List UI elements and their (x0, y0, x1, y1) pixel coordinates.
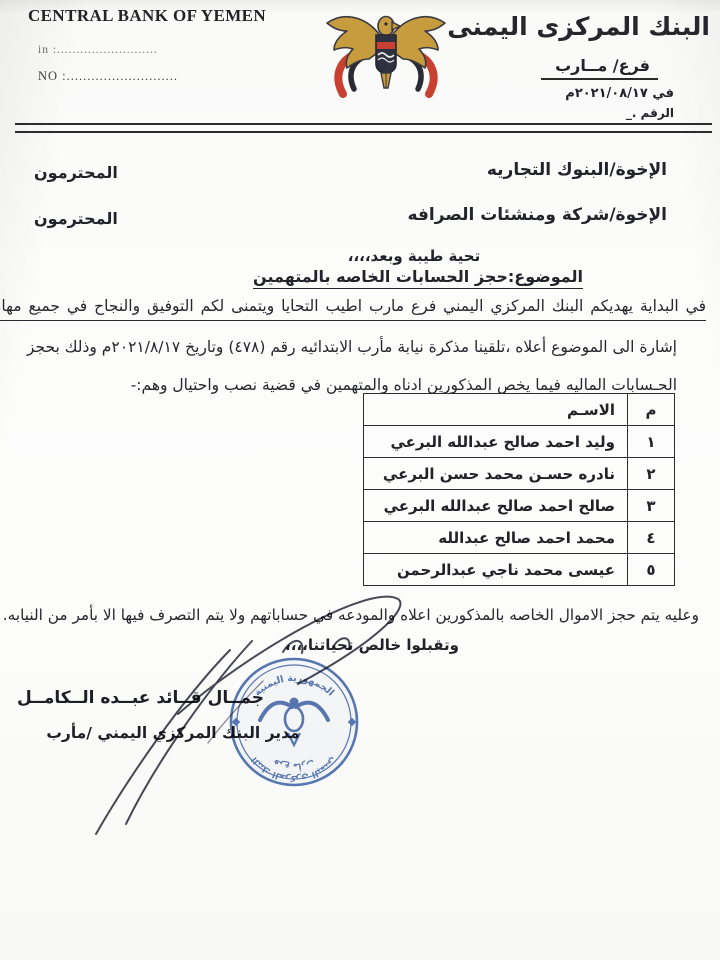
row-2-number: ٢ (628, 458, 675, 490)
subject-text: الموضوع:حجز الحسابات الخاصه بالمتهمين (253, 267, 583, 289)
no-dots: ........................... (67, 69, 178, 83)
table-row: ٥ عيسى محمد ناجي عبدالرحمن (364, 554, 675, 586)
reference-field-in: in :.......................... (38, 44, 158, 56)
row-5-number: ٥ (628, 554, 675, 586)
table-row: ٤ محمد احمد صالح عبدالله (364, 522, 675, 554)
recipient-banks: الإخوة/البنوك التجاريه (487, 160, 667, 180)
bank-title-english: CENTRAL BANK OF YEMEN (28, 6, 266, 26)
body-line-3: الحـسابات الماليه فيما يخص المذكورين ادن… (131, 376, 677, 394)
no-label: NO : (38, 69, 67, 83)
honorific-2: المحترمون (34, 209, 118, 228)
yemen-coat-of-arms-icon (320, 2, 452, 116)
body-line-1: في البداية يهديكم البنك المركزي اليمني ف… (0, 297, 706, 315)
recipient-exchange-companies: الإخوة/شركة ومنشئات الصرافه (407, 205, 667, 225)
column-header-name: الاسـم (364, 394, 628, 426)
accused-names-table: م الاسـم ١ وليد احمد صالح عبدالله البرعي… (363, 393, 675, 586)
honorific-1: المحترمون (34, 163, 118, 182)
in-dots: .......................... (57, 44, 158, 56)
body-line-1-text: في البداية يهديكم البنك المركزي اليمني ف… (0, 297, 706, 321)
reference-field-no: NO :........................... (38, 69, 178, 84)
subject-line: الموضوع:حجز الحسابات الخاصه بالمتهمين (0, 267, 720, 286)
handwritten-signature (58, 583, 488, 883)
row-2-name: نادره حسـن محمد حسن البرعي (364, 458, 628, 490)
branch-name: فرع/ مــارب (541, 56, 658, 80)
letter-ref-number: الرقم ._ (626, 106, 674, 120)
bank-logo-arabic: البنك المركزى اليمنى (447, 12, 710, 41)
row-4-name: محمد احمد صالح عبدالله (364, 522, 628, 554)
row-3-name: صالح احمد صالح عبدالله البرعي (364, 490, 628, 522)
table-row: ١ وليد احمد صالح عبدالله البرعي (364, 426, 675, 458)
letter-page: CENTRAL BANK OF YEMEN in :..............… (0, 0, 720, 960)
in-label: in : (38, 44, 57, 56)
greeting-line: تحية طيبة وبعد،،،، (0, 247, 720, 265)
column-header-number: م (628, 394, 675, 426)
row-4-number: ٤ (628, 522, 675, 554)
table-row: ٢ نادره حسـن محمد حسن البرعي (364, 458, 675, 490)
table-header-row: م الاسـم (364, 394, 675, 426)
row-1-name: وليد احمد صالح عبدالله البرعي (364, 426, 628, 458)
body-line-2: إشارة الى الموضوع أعلاه ،تلقينا مذكرة ني… (27, 338, 677, 356)
letter-date: في ٢٠٢١/٠٨/١٧م (565, 86, 674, 101)
row-5-name: عيسى محمد ناجي عبدالرحمن (364, 554, 628, 586)
header-divider (15, 123, 712, 133)
row-1-number: ١ (628, 426, 675, 458)
table-row: ٣ صالح احمد صالح عبدالله البرعي (364, 490, 675, 522)
row-3-number: ٣ (628, 490, 675, 522)
